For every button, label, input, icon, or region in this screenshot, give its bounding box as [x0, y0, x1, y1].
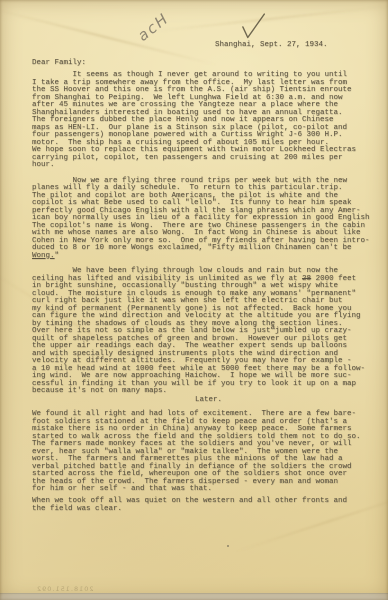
paragraph-3-text: 2000 feet in bright sunshine, occasional…	[32, 275, 361, 336]
paragraph-2: Now we are flying three round trips per …	[32, 178, 382, 261]
letter-body: Dear Family: It seems as though I never …	[32, 60, 382, 513]
paragraph-3-text: We have been flying through low clouds a…	[32, 267, 338, 283]
inserted-letter: a	[271, 325, 276, 333]
paragraph-5: When we took off all was quiet on the we…	[32, 498, 382, 513]
salutation: Dear Family:	[32, 60, 382, 68]
paper-crease	[0, 8, 217, 66]
dateline: Shanghai, Sept. 27, 1934.	[215, 42, 328, 50]
paragraph-2-close-quote: "	[55, 252, 60, 260]
paragraph-2-text: Now we are flying three round trips per …	[32, 177, 370, 253]
paper-crease	[151, 5, 388, 32]
scan-edge	[0, 593, 388, 600]
paragraph-3: We have been flying through low clouds a…	[32, 268, 382, 396]
paragraph-3-text: jumbled up crazy- quilt of shapeless pat…	[32, 327, 365, 395]
ink-speck	[227, 545, 229, 547]
letter-sheet: acH Shanghai, Sept. 27, 1934. Dear Famil…	[0, 0, 388, 600]
underlined-word: Wong.	[32, 252, 55, 260]
pencil-initials: acH	[134, 9, 172, 45]
paragraph-1: It seems as though I never get around to…	[32, 72, 382, 170]
accession-stamp: 2018.151.092	[36, 585, 94, 593]
pencil-checkmark-icon	[238, 9, 267, 44]
paragraph-4: We found it all right and had lots of ex…	[32, 411, 382, 494]
later-label: Later.	[195, 397, 382, 405]
